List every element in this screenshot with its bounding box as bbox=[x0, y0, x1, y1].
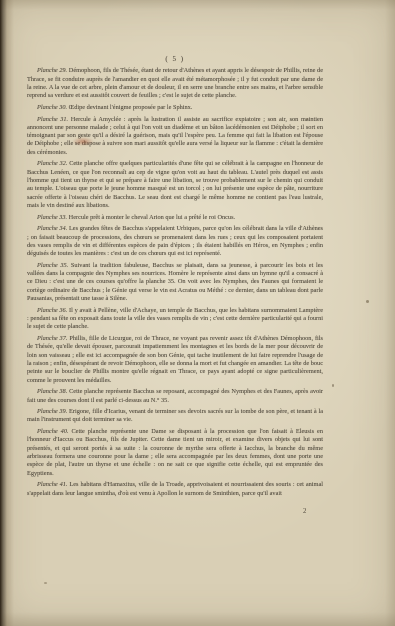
plate-text: Hercule prêt à monter le cheval Arion qu… bbox=[69, 214, 235, 221]
plate-text: Cette planche offre quelques particulari… bbox=[27, 160, 323, 208]
plate-description: Planche 36. Il y avait à Pellène, ville … bbox=[27, 307, 323, 332]
plate-label: Planche 34. bbox=[37, 225, 67, 232]
plate-description: Planche 40. Cette planche représente une… bbox=[27, 428, 323, 478]
plate-label: Planche 29. bbox=[37, 67, 67, 74]
plate-text: Suivant la tradition fabuleuse, Bacchus … bbox=[27, 262, 323, 302]
plate-text: Les habitans d'Hamaxitus, ville de la Tr… bbox=[27, 481, 323, 496]
plate-text: Cette planche représente Bacchus se repo… bbox=[27, 388, 323, 403]
plate-text: Il y avait à Pellène, ville d'Achaye, un… bbox=[27, 307, 323, 331]
plate-label: Planche 39. bbox=[37, 408, 67, 415]
plate-text: Les grandes fêtes de Bacchus s'appelaien… bbox=[27, 225, 323, 257]
plate-description: Planche 41. Les habitans d'Hamaxitus, vi… bbox=[27, 481, 323, 498]
plate-description: Planche 37. Phillis, fille de Licurgue, … bbox=[27, 335, 323, 385]
plate-text: Erigone, fille d'Icarius, venant de term… bbox=[27, 408, 323, 423]
plate-label: Planche 33. bbox=[37, 214, 67, 221]
plate-description: Planche 31. Hercule à Amyclée : après la… bbox=[27, 116, 323, 157]
plate-label: Planche 35. bbox=[37, 262, 68, 269]
plate-label: Planche 38. bbox=[37, 388, 67, 395]
paper-speck bbox=[366, 300, 369, 303]
plate-label: Planche 37. bbox=[37, 335, 67, 342]
plate-description: Planche 39. Erigone, fille d'Icarius, ve… bbox=[27, 408, 323, 425]
plate-label: Planche 41. bbox=[37, 481, 67, 488]
plate-description: Planche 34. Les grandes fêtes de Bacchus… bbox=[27, 225, 323, 258]
plate-description: Planche 32. Cette planche offre quelques… bbox=[27, 160, 323, 210]
plate-description: Planche 29. Démophoon, fils de Thésée, é… bbox=[27, 67, 323, 100]
plate-text: Cette planche représente une Dame se dis… bbox=[27, 428, 323, 476]
plate-label: Planche 32. bbox=[37, 160, 67, 167]
plate-description: Planche 33. Hercule prêt à monter le che… bbox=[27, 214, 323, 222]
plate-text: Hercule à Amyclée : après la lustration … bbox=[27, 116, 323, 156]
plate-text: Œdipe devinant l'énigme proposée par le … bbox=[69, 104, 193, 111]
plate-text: Phillis, fille de Licurgue, roi de Thrac… bbox=[27, 335, 323, 383]
plate-label: Planche 40. bbox=[37, 428, 69, 435]
text-block: ( 5 ) Planche 29. Démophoon, fils de Thé… bbox=[27, 55, 323, 501]
plate-description: Planche 38. Cette planche représente Bac… bbox=[27, 388, 323, 405]
plate-description: Planche 30. Œdipe devinant l'énigme prop… bbox=[27, 104, 323, 112]
plate-label: Planche 36. bbox=[37, 307, 67, 314]
plate-label: Planche 31. bbox=[37, 116, 68, 123]
plate-label: Planche 30. bbox=[37, 104, 67, 111]
plate-text: Démophoon, fils de Thésée, étant de reto… bbox=[27, 67, 323, 99]
book-page: ( 5 ) Planche 29. Démophoon, fils de Thé… bbox=[0, 0, 395, 626]
paper-speck bbox=[332, 384, 334, 387]
plate-description-list: Planche 29. Démophoon, fils de Thésée, é… bbox=[27, 67, 323, 498]
page-number: ( 5 ) bbox=[27, 55, 323, 63]
plate-description: Planche 35. Suivant la tradition fabuleu… bbox=[27, 262, 323, 303]
paper-speck bbox=[44, 582, 47, 584]
signature-mark: 2 bbox=[303, 508, 306, 515]
